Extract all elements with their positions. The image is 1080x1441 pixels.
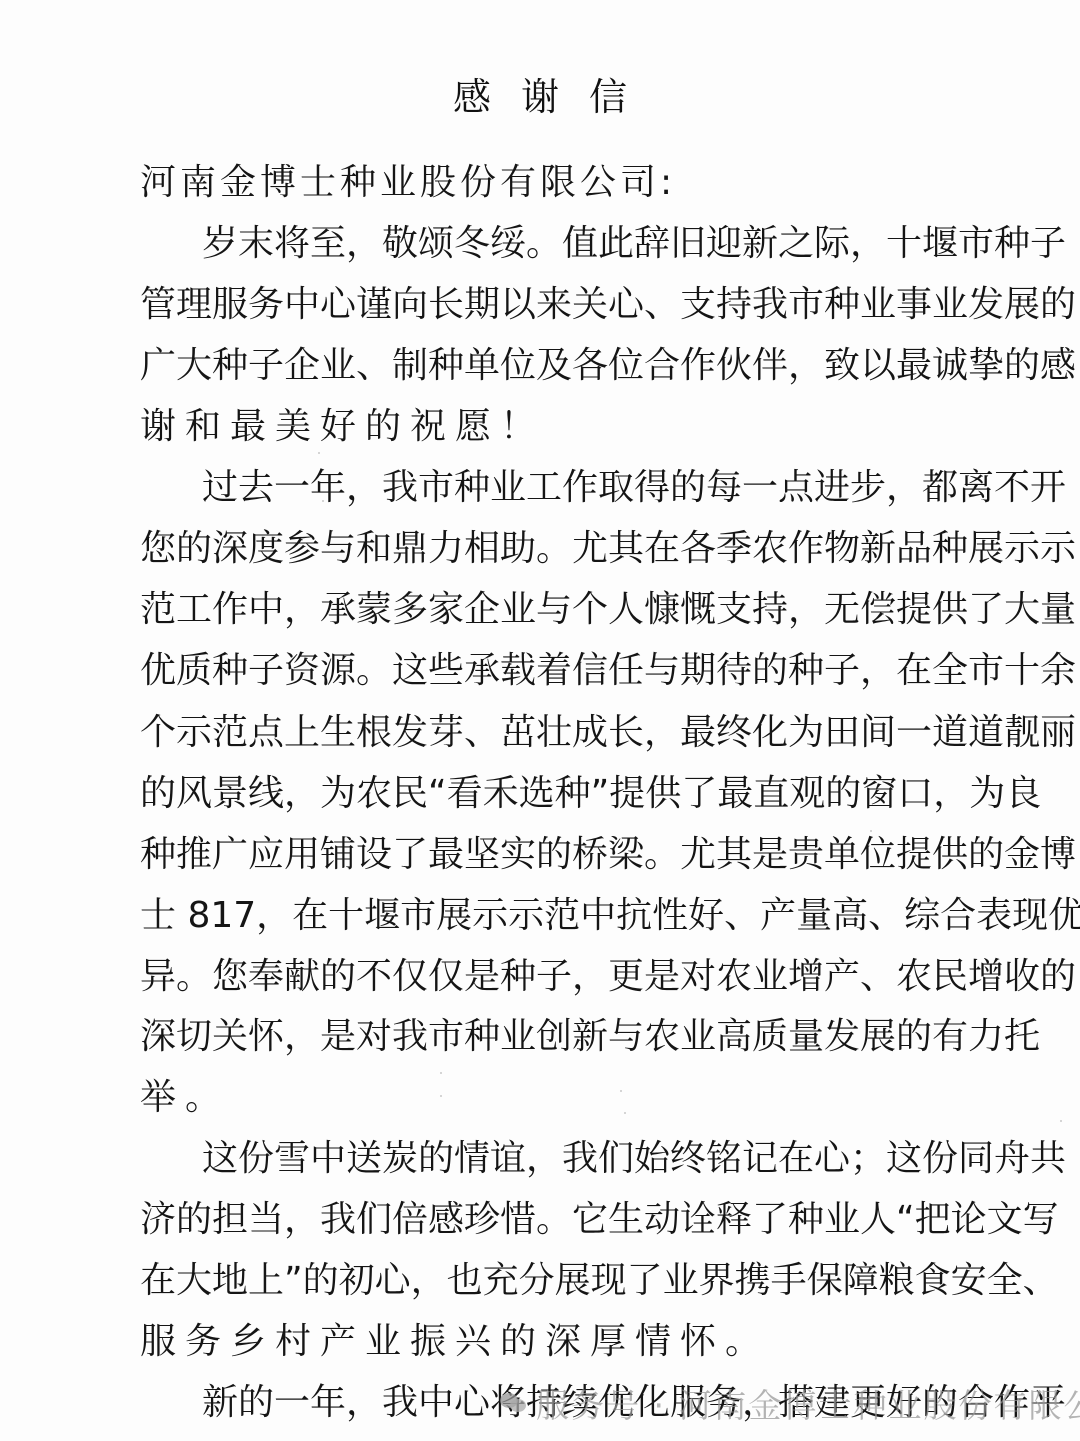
paragraph-2-line-7: 种推广应用铺设了最坚实的桥梁。尤其是贵单位提供的金博	[140, 832, 942, 878]
paragraph-2-line-4: 优质种子资源。这些承载着信任与期待的种子，在全市十余	[140, 648, 942, 694]
paragraph-2-line-11: 举。	[140, 1075, 942, 1121]
paragraph-1-line-1: 岁末将至，敬颂冬绥。值此辞旧迎新之际，十堰市种子	[202, 221, 942, 267]
paragraph-2-line-5: 个示范点上生根发芽、茁壮成长，最终化为田间一道道靓丽	[140, 710, 942, 756]
scan-speck	[624, 1112, 626, 1114]
paragraph-2-line-6: 的风景线，为农民“看禾选种”提供了最直观的窗口，为良	[140, 771, 942, 817]
paragraph-1-line-4: 谢和最美好的祝愿！	[140, 404, 942, 450]
scan-speck	[620, 1090, 622, 1092]
paragraph-2-line-3: 范工作中，承蒙多家企业与个人慷慨支持，无偿提供了大量	[140, 587, 942, 633]
scan-speck	[322, 500, 324, 502]
letter-page: 感谢信 河南金博士种业股份有限公司: 岁末将至，敬颂冬绥。值此辞旧迎新之际，十堰…	[0, 0, 1080, 1441]
paragraph-2-line-2: 您的深度参与和鼎力相助。尤其在各季农作物新品种展示示	[140, 526, 942, 572]
watermark-text: 服务号 · 河南金博士种业股份有限公司	[536, 1380, 1080, 1427]
paragraph-3-line-3: 在大地上”的初心，也充分展现了业界携手保障粮食安全、	[140, 1258, 942, 1304]
letter-title: 感谢信	[0, 72, 1080, 122]
scan-speck	[1060, 1120, 1062, 1122]
scan-speck	[905, 780, 907, 782]
scan-speck	[440, 1095, 442, 1097]
paragraph-3-line-1: 这份雪中送炭的情谊，我们始终铭记在心；这份同舟共	[202, 1136, 942, 1182]
paragraph-1-line-2: 管理服务中心谨向长期以来关心、支持我市种业事业发展的	[140, 282, 942, 328]
scan-speck	[318, 452, 320, 454]
paragraph-3-line-4: 服务乡村产业振兴的深厚情怀。	[140, 1319, 942, 1365]
paragraph-1-line-3: 广大种子企业、制种单位及各位合作伙伴，致以最诚挚的感	[140, 343, 942, 389]
scan-speck	[440, 1072, 442, 1074]
watermark: 服务号 · 河南金博士种业股份有限公司	[500, 1381, 1080, 1425]
paragraph-2-line-8: 士 817，在十堰市展示示范中抗性好、产量高、综合表现优	[140, 893, 942, 939]
scan-speck	[870, 830, 872, 832]
paragraph-2-line-10: 深切关怀，是对我市种业创新与农业高质量发展的有力托	[140, 1014, 942, 1060]
paragraph-2-line-9: 异。您奉献的不仅仅是种子，更是对农业增产、农民增收的	[140, 954, 942, 1000]
wechat-icon	[500, 1391, 528, 1415]
letter-salutation: 河南金博士种业股份有限公司:	[140, 160, 676, 206]
paragraph-2-line-1: 过去一年，我市种业工作取得的每一点进步，都离不开	[202, 465, 942, 511]
paragraph-3-line-2: 济的担当，我们倍感珍惜。它生动诠释了种业人“把论文写	[140, 1197, 942, 1243]
